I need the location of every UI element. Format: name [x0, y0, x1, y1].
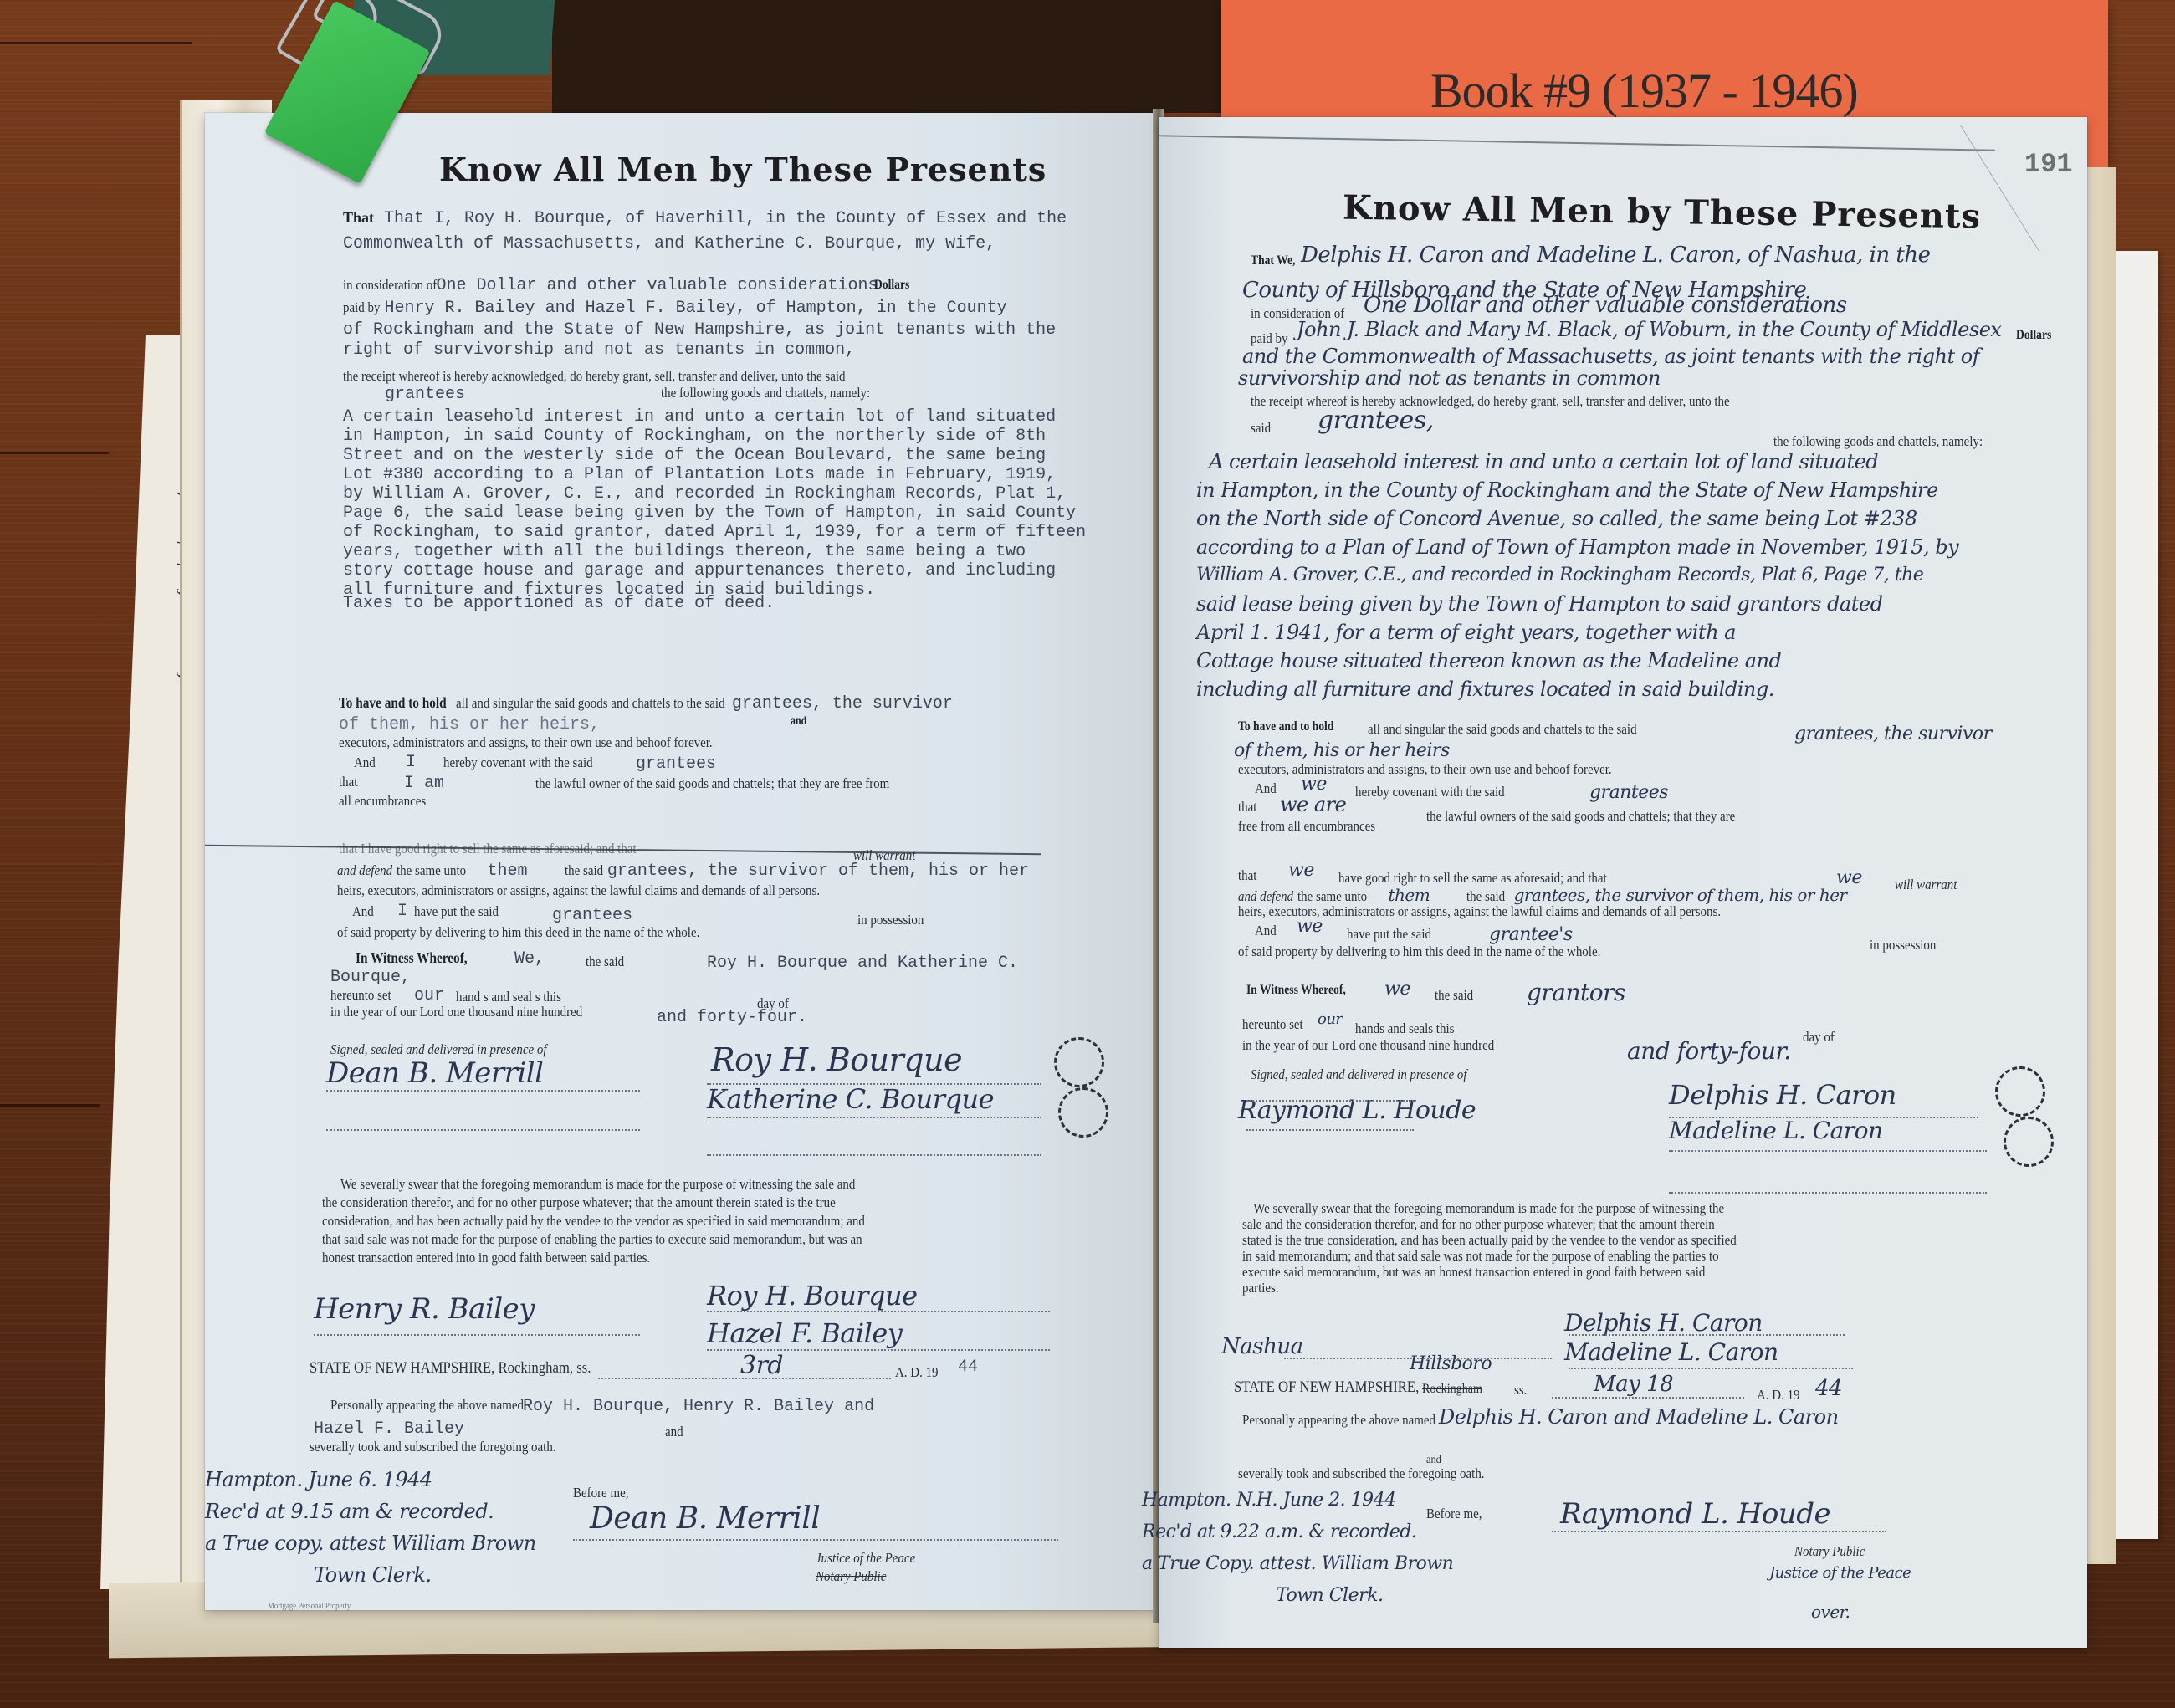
state-day: May 18 — [1594, 1372, 1673, 1397]
page-number: 191 — [2024, 149, 2073, 180]
grantor-line-1: Delphis H. Caron and Madeline L. Caron, … — [1301, 243, 1931, 268]
covenant-and: And — [1255, 780, 1277, 797]
possession-text: have put the said — [414, 903, 499, 920]
officer-title: Notary Public — [1794, 1543, 1865, 1560]
left-page-deed: Know All Men by These Presents That That… — [205, 113, 1163, 1610]
officer-signature: Dean B. Merrill — [590, 1501, 820, 1536]
said-label: said — [1251, 420, 1271, 437]
personally-names-2: Hazel F. Bailey — [314, 1419, 464, 1439]
covenant-and: And — [354, 754, 376, 771]
witness-the-said: the said — [586, 954, 624, 970]
state-line: STATE OF NEW HAMPSHIRE, — [1234, 1378, 1419, 1397]
over-note: over. — [1811, 1602, 1850, 1622]
habendum-and: and — [791, 715, 806, 729]
witness-names: grantors — [1527, 979, 1625, 1006]
dollars-label: Dollars — [874, 278, 909, 293]
covenant-encumbrances: free from all encumbrances — [1238, 818, 1375, 835]
personally-and: and — [665, 1424, 683, 1440]
witness-lead: In Witness Whereof, — [1246, 983, 1346, 998]
signature-line — [1246, 1100, 1414, 1102]
witness-names-2: Bourque, — [330, 968, 411, 987]
habendum-text: all and singular the said goods and chat… — [1368, 721, 1637, 738]
witness-the-said: the said — [1435, 987, 1473, 1004]
memo-signature-right-1: Delphis H. Caron — [1564, 1309, 1763, 1337]
signature-line — [707, 1117, 1041, 1118]
hereunto-set: hereunto set — [330, 987, 391, 1004]
warrant-that: that — [1238, 867, 1256, 884]
page-top-rule — [1159, 135, 1995, 151]
property-description: A certain leasehold interest in and unto… — [343, 407, 1086, 600]
covenant-owner-text: the lawful owners of the said goods and … — [1426, 808, 1735, 825]
signature-line — [707, 1311, 1050, 1312]
recording-note: Hampton. N.H. June 2. 1944 Rec'd at 9.22… — [1142, 1485, 1453, 1612]
habendum-clause: To have and to hold all and singular the… — [339, 694, 953, 713]
covenant-grantees: grantees — [1589, 782, 1668, 803]
memo-signature-right-2: Madeline L. Caron — [1564, 1338, 1778, 1366]
following-goods: the following goods and chattels, namely… — [661, 385, 870, 401]
grantor-signature-2: Madeline L. Caron — [1669, 1117, 1883, 1144]
property-description: A certain leasehold interest in and unto… — [1196, 447, 1958, 703]
signature-line — [314, 1334, 640, 1336]
wood-grain-line — [0, 42, 192, 44]
wax-seal-icon — [1058, 1087, 1108, 1138]
wax-seal-icon — [1995, 1066, 2045, 1117]
personally-label: Personally appearing the above named — [330, 1397, 524, 1414]
grantee-line-2: and the Commonwealth of Massachusetts, a… — [1242, 345, 1979, 368]
possession-who: I — [397, 902, 407, 921]
day-of: day of — [1803, 1029, 1835, 1046]
signature-line — [1669, 1117, 1978, 1118]
ad-label: A. D. 19 — [1757, 1387, 1800, 1404]
oath-line: severally took and subscribed the forego… — [310, 1439, 556, 1455]
will-warrant: will warrant — [1895, 877, 1957, 893]
background-shadow — [552, 0, 1221, 113]
witness-names: Roy H. Bourque and Katherine C. — [707, 954, 1018, 973]
covenant-who: we — [1301, 774, 1327, 795]
covenant-that: that — [1238, 799, 1256, 816]
covenant-grantees: grantees — [636, 754, 716, 774]
possession-who: we — [1297, 916, 1323, 937]
grantor-signature-2: Katherine C. Bourque — [707, 1083, 994, 1115]
memo-signature-left: Henry R. Bailey — [314, 1292, 535, 1326]
grantee-line-1: John J. Black and Mary M. Black, of Wobu… — [1297, 318, 2001, 341]
in-possession: in possession — [1870, 937, 1936, 954]
signature-line — [1552, 1531, 1886, 1532]
grantor-signature-1: Delphis H. Caron — [1669, 1079, 1896, 1111]
grantor-line-2: Commonwealth of Massachusetts, and Kathe… — [343, 234, 995, 253]
county-struck: Rockingham — [1422, 1382, 1482, 1397]
signature-line — [707, 1083, 1041, 1085]
warrant-line-3: heirs, executors, administrators or assi… — [337, 882, 820, 899]
county-hand: Hillsboro — [1410, 1353, 1492, 1374]
folder-label: Book #9 (1937 - 1946) — [1430, 63, 1858, 119]
officer-note: Justice of the Peace — [1769, 1564, 1911, 1582]
witness-lead: In Witness Whereof, — [356, 949, 468, 967]
signature-line — [573, 1539, 1058, 1541]
habendum-line-2: executors, administrators and assigns, t… — [1238, 761, 1612, 778]
year-hand: and forty-four. — [1627, 1037, 1791, 1065]
grantee-line-2: of Rockingham and the State of New Hamps… — [343, 320, 1056, 340]
taxes-line: Taxes to be apportioned as of date of de… — [343, 594, 775, 613]
hereunto-set: hereunto set — [1242, 1016, 1303, 1033]
officer-signature: Raymond L. Houde — [1560, 1497, 1830, 1531]
officer-title-struck: Notary Public — [816, 1568, 886, 1585]
signature-line — [1669, 1192, 1987, 1194]
consideration-value: One Dollar and other valuable considerat… — [1364, 293, 1847, 318]
grantor-line-1: That That I, Roy H. Bourque, of Haverhil… — [343, 209, 1067, 228]
paid-by-row: paid by Henry R. Bailey and Hazel F. Bai… — [343, 299, 1007, 318]
habendum-hand-2: of them, his or her heirs — [1234, 740, 1450, 761]
delivery-line: of said property by delivering to him th… — [1238, 943, 1600, 960]
ss-label: ss. — [1514, 1382, 1527, 1399]
covenant-text: hereby covenant with the said — [443, 754, 593, 771]
oath-line: severally took and subscribed the forego… — [1238, 1465, 1485, 1482]
habendum-typed-2: of them, his or her heirs, — [339, 715, 600, 734]
wood-grain-line — [0, 1104, 100, 1107]
officer-title: Justice of the Peace — [816, 1550, 915, 1567]
personally-label: Personally appearing the above named — [1242, 1412, 1435, 1429]
signature-line — [1569, 1334, 1845, 1336]
signature-line — [1669, 1150, 1987, 1152]
receipt-grantees: grantees — [385, 385, 465, 404]
grantee-line-3: survivorship and not as tenants in commo… — [1238, 366, 1661, 390]
possession-and: And — [352, 903, 374, 920]
witness-our: our — [414, 986, 444, 1005]
grantor-signature-1: Roy H. Bourque — [711, 1041, 962, 1078]
memo-signature-right-1: Roy H. Bourque — [707, 1280, 918, 1312]
memorandum: We severally swear that the foregoing me… — [322, 1175, 939, 1267]
ad-year: 44 — [958, 1358, 978, 1377]
signature-line — [707, 1154, 1041, 1156]
before-me: Before me, — [573, 1485, 628, 1501]
warrant-text: have good right to sell the same as afor… — [1338, 870, 1607, 887]
year-typed: and forty-four. — [657, 1008, 807, 1027]
signed-label: Signed, sealed and delivered in presence… — [330, 1041, 547, 1058]
covenant-encumbrances: all encumbrances — [339, 793, 426, 810]
covenant-who: I — [406, 753, 416, 772]
possession-text: have put the said — [1347, 926, 1431, 943]
hands-seals: hands and seals this — [1355, 1020, 1454, 1037]
witness-signature: Dean B. Merrill — [326, 1056, 544, 1090]
footer-print: Mortgage Personal Property — [268, 1602, 351, 1611]
personally-names: Roy H. Bourque, Henry R. Bailey and — [523, 1397, 874, 1416]
year-text: in the year of our Lord one thousand nin… — [330, 1004, 582, 1020]
said-grantees: grantees, — [1318, 406, 1434, 435]
witness-our: our — [1318, 1010, 1343, 1028]
grantee-line-3: right of survivorship and not as tenants… — [343, 340, 855, 360]
covenant-that: that — [339, 774, 357, 790]
consideration-row: in consideration of One Dollar and other… — [343, 276, 878, 295]
right-page-heading: Know All Men by These Presents — [1343, 188, 1982, 237]
grantor-label: That We, — [1251, 253, 1295, 268]
possession-grantees: grantees — [552, 906, 632, 925]
state-line: STATE OF NEW HAMPSHIRE, Rockingham, ss. — [310, 1359, 591, 1378]
date-line — [1552, 1397, 1744, 1399]
wax-seal-icon — [2004, 1117, 2054, 1167]
signature-line — [326, 1129, 640, 1131]
wax-seal-icon — [1054, 1037, 1104, 1087]
memorandum: We severally swear that the foregoing me… — [1242, 1200, 1804, 1296]
warrant-who: we — [1288, 860, 1314, 881]
habendum-lead: To have and to hold — [1238, 719, 1333, 734]
witness-we: We, — [514, 949, 545, 969]
signature-line — [1246, 1129, 1414, 1131]
signature-line — [1569, 1368, 1853, 1369]
possession-grantees: grantee's — [1489, 924, 1573, 945]
witness-we: we — [1384, 979, 1410, 1000]
warrant-line-1: that I have good right to sell the same … — [339, 841, 637, 857]
wood-grain-line — [0, 452, 109, 454]
hands-seals: hand s and seal s this — [456, 989, 561, 1005]
habendum-hand: grantees, the survivor — [1794, 724, 1992, 744]
ad-label: A. D. 19 — [895, 1364, 939, 1381]
covenant-that-who: I am — [404, 774, 444, 793]
before-me: Before me, — [1426, 1506, 1482, 1522]
ad-year: 44 — [1815, 1376, 1842, 1401]
covenant-owner-text: the lawful owner of the said goods and c… — [535, 775, 889, 792]
covenant-text: hereby covenant with the said — [1355, 784, 1505, 800]
habendum-line-2: executors, administrators and assigns, t… — [339, 734, 713, 751]
recording-note: Hampton. June 6. 1944 Rec'd at 9.15 am &… — [205, 1464, 536, 1591]
signed-label: Signed, sealed and delivered in presence… — [1251, 1066, 1467, 1083]
right-page-deed: Know All Men by These Presents That We, … — [1159, 117, 2087, 1648]
dollars-label: Dollars — [2016, 328, 2051, 343]
covenant-that-who: we are — [1280, 793, 1346, 816]
receipt-line: the receipt whereof is hereby acknowledg… — [343, 368, 845, 385]
memo-signature-right-2: Hazel F. Bailey — [707, 1317, 902, 1349]
delivery-line: of said property by delivering to him th… — [337, 924, 699, 941]
personally-names: Delphis H. Caron and Madeline L. Caron — [1439, 1405, 1839, 1429]
possession-and: And — [1255, 923, 1277, 939]
year-text: in the year of our Lord one thousand nin… — [1242, 1037, 1494, 1054]
in-possession: in possession — [857, 912, 924, 928]
warrant-line-2: and defend the same unto them the said g… — [1238, 885, 1847, 905]
place-hand: Nashua — [1221, 1334, 1303, 1359]
state-day: 3rd — [740, 1351, 783, 1380]
warrant-line-2: and defend the same unto them the said g… — [337, 862, 1029, 881]
left-page-heading: Know All Men by These Presents — [439, 151, 1047, 188]
signature-line — [326, 1090, 640, 1092]
